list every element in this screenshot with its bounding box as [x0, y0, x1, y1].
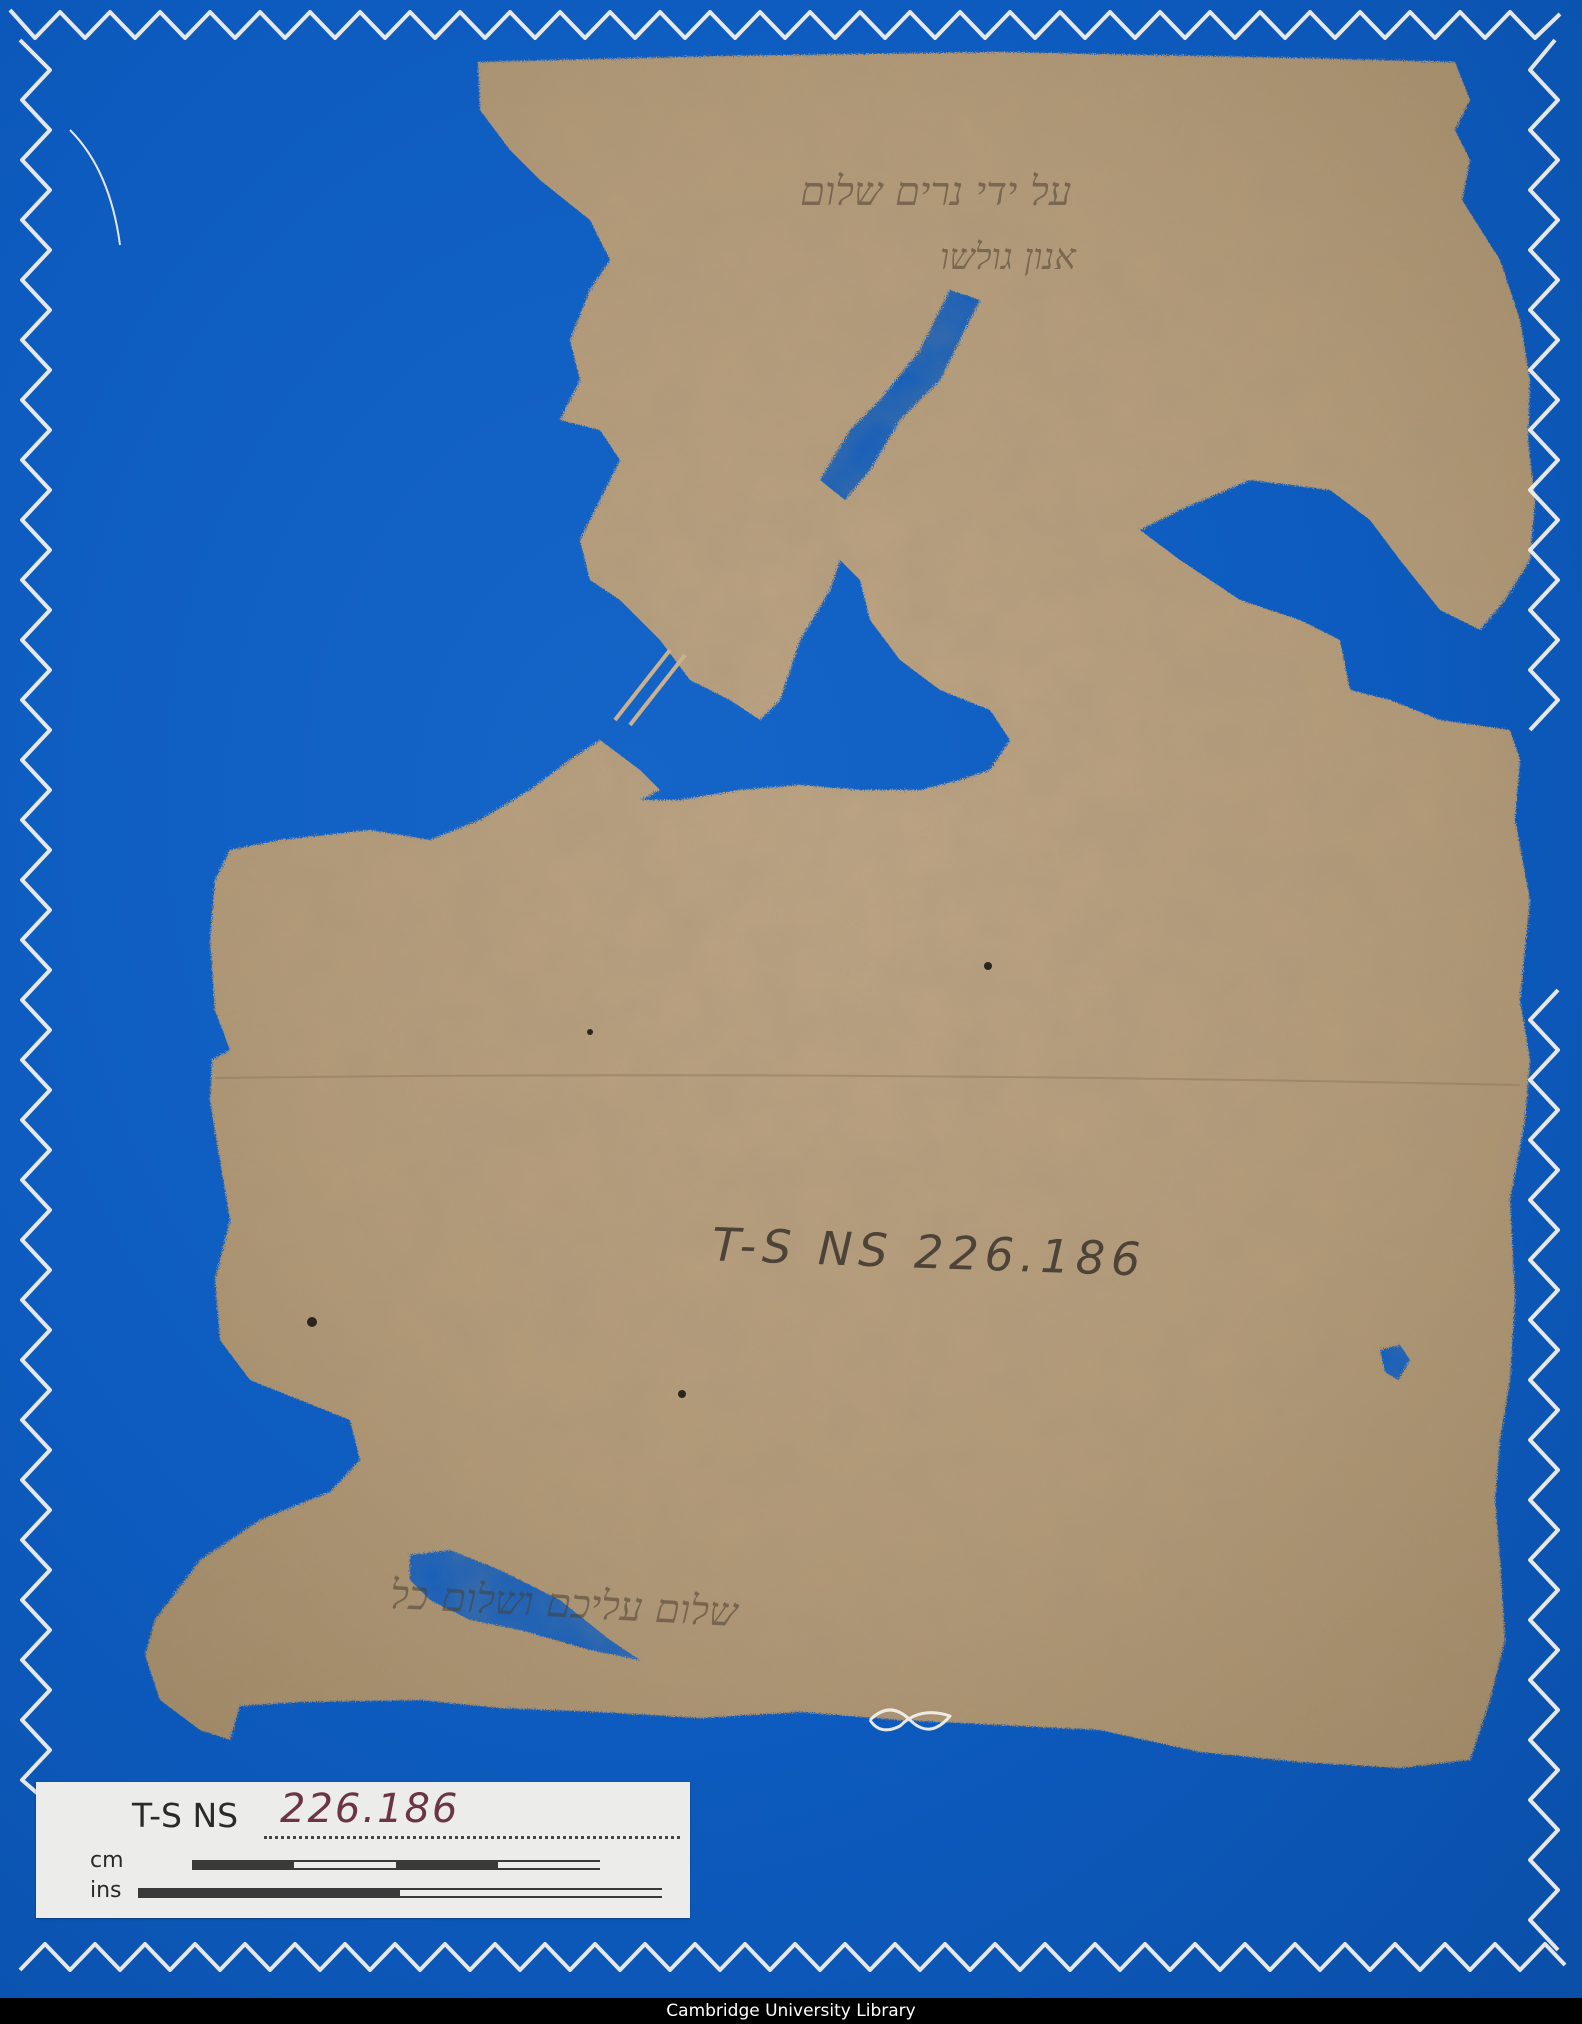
- shelfmark-label-card: T-S NS 226.186 cm ins: [36, 1782, 690, 1918]
- scale-label-cm: cm: [90, 1848, 124, 1873]
- scale-bar-cm: [192, 1860, 600, 1870]
- label-number: 226.186: [280, 1786, 459, 1832]
- scale-bar-ins: [138, 1888, 662, 1898]
- label-prefix: T-S NS: [132, 1796, 238, 1835]
- scale-label-ins: ins: [90, 1878, 122, 1903]
- footer-credit: Cambridge University Library: [0, 1998, 1582, 2024]
- stitched-border: [0, 0, 1582, 1998]
- mounting-board: על ידי נרים שלום אנון גולשו שלום עליכם ו…: [0, 0, 1582, 1998]
